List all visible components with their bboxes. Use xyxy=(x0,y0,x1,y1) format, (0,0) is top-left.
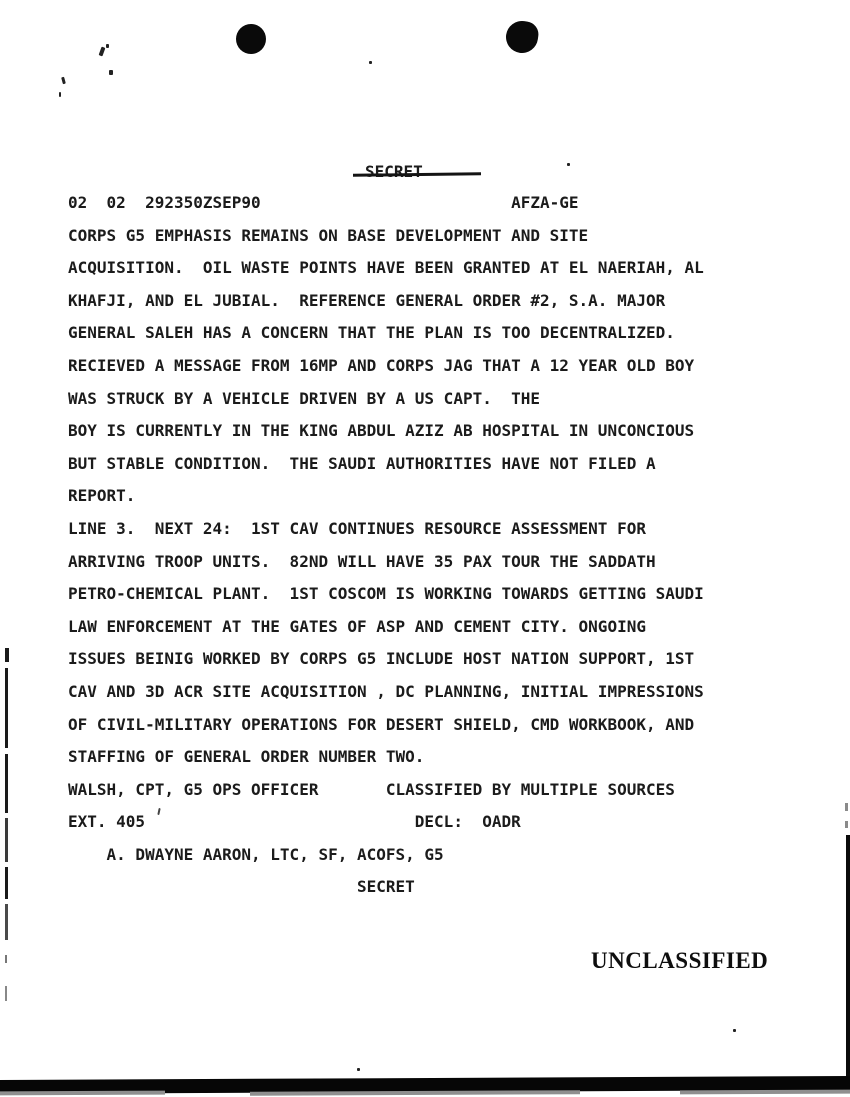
left-margin-line-segment xyxy=(5,818,8,862)
left-margin-line-segment xyxy=(5,648,9,662)
speckle xyxy=(61,77,66,85)
speckle xyxy=(567,163,570,166)
bottom-scan-bar-shadow xyxy=(0,1091,165,1096)
speckle xyxy=(99,47,106,57)
speckle xyxy=(357,1068,360,1071)
scanned-document-page: SECRET 02 02 292350ZSEP90 AFZA-GE CORPS … xyxy=(0,0,850,1097)
bottom-scan-bar-shadow xyxy=(250,1090,580,1096)
speckle xyxy=(733,1029,736,1032)
left-margin-line-segment xyxy=(5,867,8,899)
right-margin-tick xyxy=(845,821,848,828)
speckle xyxy=(369,61,372,64)
left-margin-line-segment xyxy=(5,904,8,940)
speckle xyxy=(106,44,109,48)
left-margin-line-segment xyxy=(5,955,7,963)
left-margin-line-segment xyxy=(5,754,8,813)
speckle xyxy=(59,92,61,97)
bottom-scan-bar-shadow xyxy=(680,1090,850,1095)
document-body-text: 02 02 292350ZSEP90 AFZA-GE CORPS G5 EMPH… xyxy=(68,187,704,904)
classification-header: SECRET xyxy=(365,163,423,181)
hole-punch-right-icon xyxy=(504,19,540,55)
speckle xyxy=(109,70,113,75)
right-margin-line xyxy=(846,835,850,1085)
left-margin-line-segment xyxy=(5,986,7,1001)
unclassified-stamp: UNCLASSIFIED xyxy=(591,948,768,974)
hole-punch-left-icon xyxy=(236,24,266,54)
left-margin-line-segment xyxy=(5,668,8,748)
right-margin-tick xyxy=(845,803,848,811)
